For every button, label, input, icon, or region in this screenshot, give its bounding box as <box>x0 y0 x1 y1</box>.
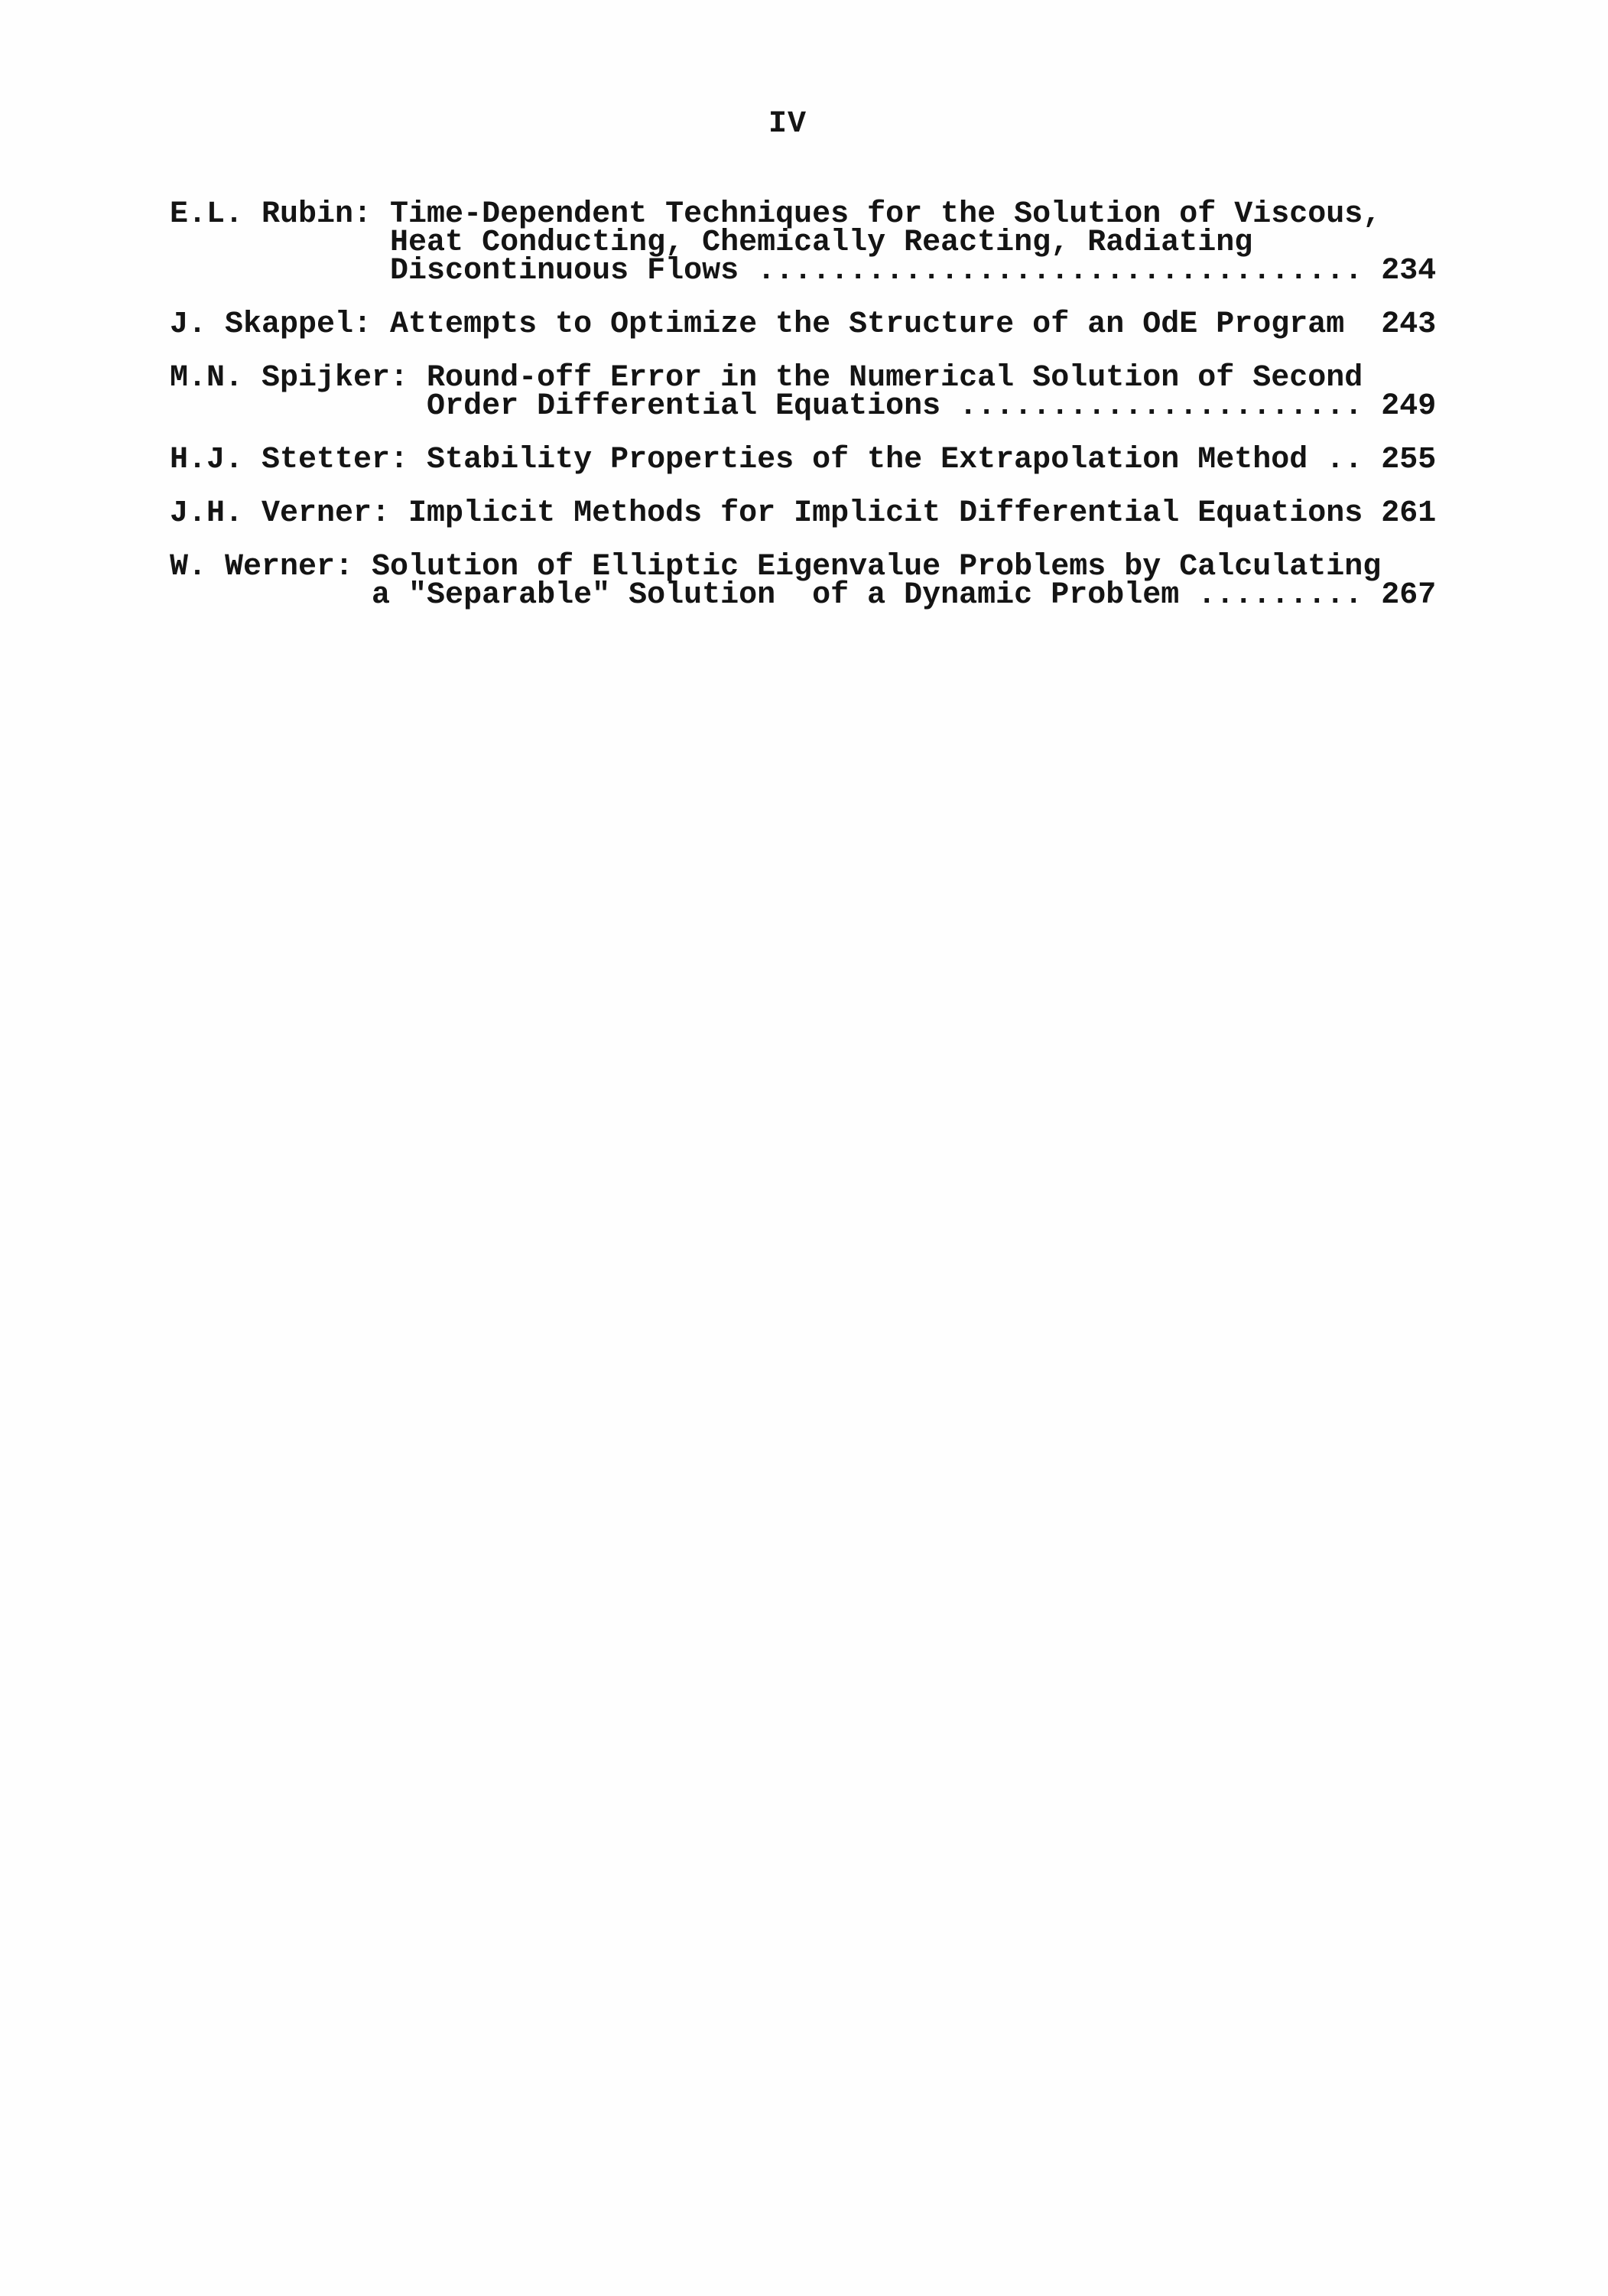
toc-line: E.L. Rubin: Time-Dependent Techniques fo… <box>170 200 1436 229</box>
toc-entry-spijker: M.N. Spijker: Round-off Error in the Num… <box>170 364 1436 421</box>
toc-entry-skappel: J. Skappel: Attempts to Optimize the Str… <box>170 311 1436 339</box>
toc-entry-rubin: E.L. Rubin: Time-Dependent Techniques fo… <box>170 200 1436 285</box>
toc: E.L. Rubin: Time-Dependent Techniques fo… <box>170 200 1436 610</box>
toc-entry-werner: W. Werner: Solution of Elliptic Eigenval… <box>170 553 1436 610</box>
toc-line: W. Werner: Solution of Elliptic Eigenval… <box>170 553 1436 581</box>
toc-line: Heat Conducting, Chemically Reacting, Ra… <box>170 229 1436 257</box>
toc-line: J.H. Verner: Implicit Methods for Implic… <box>170 499 1436 528</box>
toc-line: J. Skappel: Attempts to Optimize the Str… <box>170 311 1436 339</box>
toc-entry-stetter: H.J. Stetter: Stability Properties of th… <box>170 446 1436 474</box>
toc-line: a "Separable" Solution of a Dynamic Prob… <box>170 581 1436 610</box>
page-number: IV <box>0 109 1575 140</box>
toc-line: M.N. Spijker: Round-off Error in the Num… <box>170 364 1436 392</box>
toc-line: H.J. Stetter: Stability Properties of th… <box>170 446 1436 474</box>
toc-line: Discontinuous Flows ....................… <box>170 257 1436 285</box>
toc-line: Order Differential Equations ...........… <box>170 392 1436 421</box>
toc-entry-verner: J.H. Verner: Implicit Methods for Implic… <box>170 499 1436 528</box>
document-page: IV E.L. Rubin: Time-Dependent Techniques… <box>0 0 1608 2296</box>
